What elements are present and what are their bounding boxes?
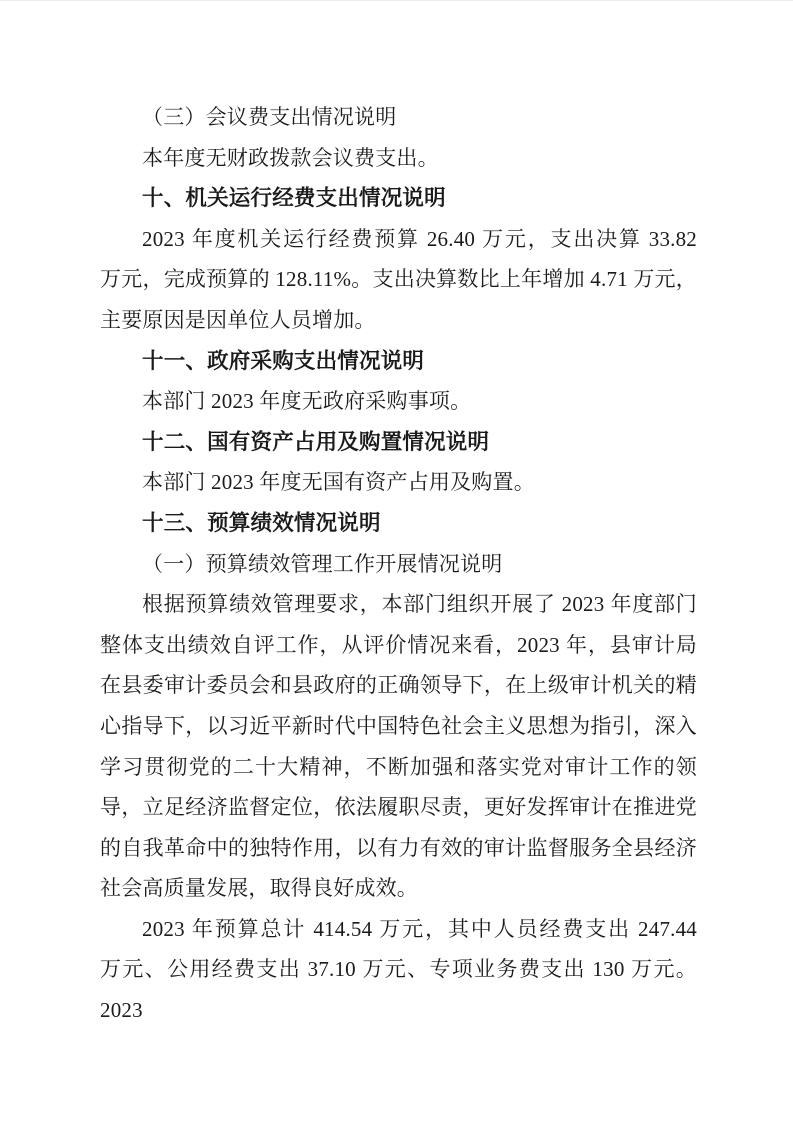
text-line: 学习贯彻党的二十大精神，不断加强和落实党对审计工作的领 xyxy=(100,747,697,788)
text-line: 本年度无财政拨款会议费支出。 xyxy=(100,138,697,179)
text-line: 2023 年预算总计 414.54 万元，其中人员经费支出 247.44 xyxy=(100,909,697,950)
text-line: 万元、公用经费支出 37.10 万元、专项业务费支出 130 万元。2023 xyxy=(100,949,697,990)
text-line: 2023 年度机关运行经费预算 26.40 万元，支出决算 33.82 xyxy=(100,219,697,260)
page-top-edge xyxy=(0,0,793,1)
text-line: 万元，完成预算的 128.11%。支出决算数比上年增加 4.71 万元， xyxy=(100,259,697,300)
text-line: 本部门 2023 年度无国有资产占用及购置。 xyxy=(100,462,697,503)
text-line: 的自我革命中的独特作用，以有力有效的审计监督服务全县经济 xyxy=(100,828,697,869)
text-line: 整体支出绩效自评工作，从评价情况来看，2023 年，县审计局 xyxy=(100,625,697,666)
section-heading: 十一、政府采购支出情况说明 xyxy=(100,341,697,382)
text-line: 本部门 2023 年度无政府采购事项。 xyxy=(100,381,697,422)
document-text-content: （三）会议费支出情况说明本年度无财政拨款会议费支出。十、机关运行经费支出情况说明… xyxy=(100,97,697,990)
text-line: 根据预算绩效管理要求，本部门组织开展了 2023 年度部门 xyxy=(100,584,697,625)
text-line: （一）预算绩效管理工作开展情况说明 xyxy=(100,544,697,585)
document-page: （三）会议费支出情况说明本年度无财政拨款会议费支出。十、机关运行经费支出情况说明… xyxy=(0,0,793,1122)
text-line: 主要原因是因单位人员增加。 xyxy=(100,300,697,341)
text-line: 在县委审计委员会和县政府的正确领导下，在上级审计机关的精 xyxy=(100,665,697,706)
text-line: 导，立足经济监督定位，依法履职尽责，更好发挥审计在推进党 xyxy=(100,787,697,828)
section-heading: 十、机关运行经费支出情况说明 xyxy=(100,178,697,219)
section-heading: 十二、国有资产占用及购置情况说明 xyxy=(100,422,697,463)
section-heading: 十三、预算绩效情况说明 xyxy=(100,503,697,544)
text-line: 社会高质量发展，取得良好成效。 xyxy=(100,868,697,909)
text-line: （三）会议费支出情况说明 xyxy=(100,97,697,138)
text-line: 心指导下，以习近平新时代中国特色社会主义思想为指引，深入 xyxy=(100,706,697,747)
